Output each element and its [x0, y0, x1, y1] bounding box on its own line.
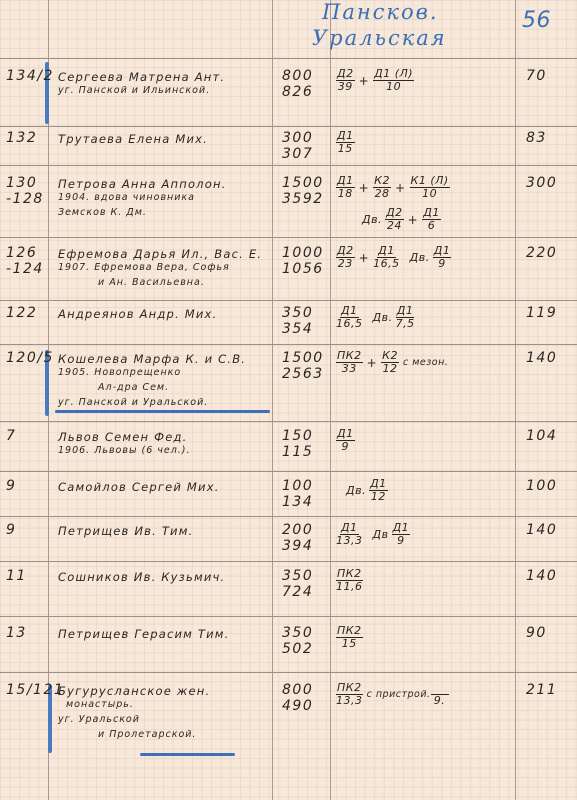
formula-fraction: 9. — [431, 682, 449, 707]
row-total: 100 — [526, 478, 557, 494]
lot-number: -124 — [6, 261, 44, 277]
owner-detail: и Ан. Васильевна. — [98, 277, 205, 288]
formula-fraction: Д115 — [336, 130, 355, 155]
lot-number: 7 — [6, 428, 16, 444]
formula-fraction: Д239 — [336, 68, 355, 93]
formula-fraction: Д16 — [422, 207, 441, 232]
lot-number: 11 — [6, 568, 27, 584]
owner-name: Кошелева Марфа К. и С.В. — [58, 352, 246, 366]
lot-number: 130 — [6, 175, 37, 191]
fraction-denominator: 12 — [383, 363, 398, 375]
formula-note: с мезон. — [403, 357, 448, 368]
fraction-denominator: 39 — [338, 81, 353, 93]
building-formula: Д113,3ДвД19 — [336, 522, 410, 547]
building-formula: Д115 — [336, 130, 355, 155]
fraction-denominator: 18 — [338, 188, 353, 200]
street-name-line2: Уральская — [312, 26, 447, 50]
fraction-denominator: 13,3 — [336, 695, 363, 707]
value-assessed: 1000 — [282, 245, 324, 261]
formula-prefix: Дв. — [373, 311, 393, 324]
fraction-denominator: 16,5 — [336, 318, 363, 330]
lot-number: 9 — [6, 478, 16, 494]
owner-detail: монастырь. — [66, 699, 134, 710]
value-area: 724 — [282, 584, 313, 600]
building-formula: ПК233+К212с мезон. — [336, 350, 448, 375]
building-formula: ПК211,6 — [336, 568, 363, 593]
ledger-page: Пансков. Уральская 56 134/2Сергеева Матр… — [0, 0, 577, 800]
formula-fraction: ПК215 — [336, 625, 363, 650]
value-assessed: 1500 — [282, 175, 324, 191]
fraction-denominator: 15 — [342, 638, 357, 650]
building-formula: Д116,5Дв.Д17,5 — [336, 305, 415, 330]
formula-prefix: Дв. — [410, 251, 430, 264]
row-rule — [0, 421, 577, 422]
row-rule — [0, 561, 577, 562]
column-rule — [272, 0, 273, 800]
fraction-denominator: 24 — [387, 220, 402, 232]
street-name-line1: Пансков. — [322, 0, 439, 24]
value-assessed: 300 — [282, 130, 313, 146]
owner-detail: и Пролетарской. — [98, 729, 196, 740]
formula-fraction: К228 — [373, 175, 391, 200]
owner-name: Ефремова Дарья Ил., Вас. Е. — [58, 247, 262, 261]
row-total: 70 — [526, 68, 547, 84]
formula-note: с пристрой. — [367, 689, 431, 700]
owner-name: Петрищев Ив. Тим. — [58, 524, 193, 538]
value-assessed: 800 — [282, 682, 313, 698]
lot-number: 120/5 — [6, 350, 54, 366]
value-assessed: 350 — [282, 568, 313, 584]
lot-number: 126 — [6, 245, 37, 261]
fraction-denominator: 33 — [342, 363, 357, 375]
owner-detail: Ал-дра Сем. — [98, 382, 169, 393]
row-total: 119 — [526, 305, 557, 321]
owner-detail: 1904. вдова чиновника — [58, 192, 195, 203]
formula-fraction: ПК213,3 — [336, 682, 363, 707]
fraction-denominator: 6 — [428, 220, 436, 232]
formula-fraction: Д19 — [336, 428, 355, 453]
row-rule — [0, 672, 577, 673]
row-total: 140 — [526, 568, 557, 584]
value-assessed: 100 — [282, 478, 313, 494]
fraction-denominator: 10 — [422, 188, 437, 200]
building-formula: Д118+К228+К1 (Л)10 — [336, 175, 450, 200]
owner-detail: 1906. Львовы (6 чел.). — [58, 445, 191, 456]
owner-name: Трутаева Елена Мих. — [58, 132, 208, 146]
row-rule — [0, 344, 577, 345]
row-total: 211 — [526, 682, 557, 698]
owner-name: Сергеева Матрена Ант. — [58, 70, 225, 84]
address-underline — [55, 410, 270, 413]
formula-fraction: Д19 — [392, 522, 411, 547]
formula-prefix: Дв. — [362, 213, 382, 226]
formula-fraction: Д17,5 — [396, 305, 415, 330]
fraction-denominator: 23 — [338, 258, 353, 270]
row-total: 300 — [526, 175, 557, 191]
value-area: 490 — [282, 698, 313, 714]
owner-name: Петрищев Герасим Тим. — [58, 627, 230, 641]
value-area: 3592 — [282, 191, 324, 207]
formula-fraction: Д116,5 — [336, 305, 363, 330]
fraction-denominator: 9 — [438, 258, 446, 270]
fraction-denominator: 15 — [338, 143, 353, 155]
formula-operator: + — [359, 74, 370, 88]
row-total: 104 — [526, 428, 557, 444]
fraction-denominator: 11,6 — [336, 581, 363, 593]
owner-name: Самойлов Сергей Мих. — [58, 480, 220, 494]
owner-name: Петрова Анна Апполон. — [58, 177, 227, 191]
formula-operator: + — [408, 213, 419, 227]
row-total: 83 — [526, 130, 547, 146]
fraction-denominator: 13,3 — [336, 535, 363, 547]
formula-fraction: Д118 — [336, 175, 355, 200]
value-assessed: 200 — [282, 522, 313, 538]
formula-operator: + — [359, 181, 370, 195]
owner-detail: уг. Панской и Ильинской. — [58, 85, 210, 96]
row-rule — [0, 300, 577, 301]
owner-detail: уг. Уральской — [58, 714, 140, 725]
value-area: 826 — [282, 84, 313, 100]
row-rule — [0, 126, 577, 127]
formula-fraction: Д113,3 — [336, 522, 363, 547]
value-assessed: 800 — [282, 68, 313, 84]
value-area: 134 — [282, 494, 313, 510]
formula-fraction: Д116,5 — [373, 245, 400, 270]
fraction-denominator: 7,5 — [396, 318, 415, 330]
owner-name: Сошников Ив. Кузьмич. — [58, 570, 225, 584]
formula-prefix: Дв. — [346, 484, 366, 497]
owner-detail: 1907. Ефремова Вера, Софья — [58, 262, 230, 273]
formula-fraction: ПК233 — [336, 350, 363, 375]
row-rule — [0, 471, 577, 472]
value-assessed: 350 — [282, 625, 313, 641]
building-formula: ПК213,3с пристрой. 9. — [336, 682, 449, 707]
value-area: 354 — [282, 321, 313, 337]
lot-number: 9 — [6, 522, 16, 538]
owner-name: Андреянов Андр. Мих. — [58, 307, 217, 321]
lot-number: 134/2 — [6, 68, 54, 84]
owner-detail: уг. Панской и Уральской. — [58, 397, 208, 408]
formula-fraction: К212 — [381, 350, 399, 375]
formula-fraction: Д224 — [385, 207, 404, 232]
value-area: 394 — [282, 538, 313, 554]
building-formula: Д19 — [336, 428, 355, 453]
fraction-denominator: 16,5 — [373, 258, 400, 270]
page-number: 56 — [522, 8, 551, 33]
owner-detail: Земсков К. Дм. — [58, 207, 147, 218]
formula-fraction: К1 (Л)10 — [410, 175, 450, 200]
formula-operator: + — [367, 356, 378, 370]
row-total: 90 — [526, 625, 547, 641]
fraction-denominator: 12 — [371, 491, 386, 503]
value-area: 2563 — [282, 366, 324, 382]
building-formula: ПК215 — [336, 625, 363, 650]
value-area: 502 — [282, 641, 313, 657]
formula-operator: + — [359, 251, 370, 265]
formula-prefix: Дв — [373, 528, 389, 541]
row-rule — [0, 616, 577, 617]
value-area: 1056 — [282, 261, 324, 277]
value-assessed: 150 — [282, 428, 313, 444]
value-area: 307 — [282, 146, 313, 162]
fraction-denominator: 9 — [397, 535, 405, 547]
formula-fraction: Д112 — [369, 478, 388, 503]
value-area: 115 — [282, 444, 313, 460]
lot-number: 15/121 — [6, 682, 64, 698]
column-rule — [330, 0, 331, 800]
owner-detail: 1905. Новопрещенко — [58, 367, 181, 378]
row-total: 220 — [526, 245, 557, 261]
row-total: 140 — [526, 522, 557, 538]
formula-fraction: ПК211,6 — [336, 568, 363, 593]
value-assessed: 350 — [282, 305, 313, 321]
lot-number: 122 — [6, 305, 37, 321]
fraction-denominator: 10 — [386, 81, 401, 93]
building-formula: Д239+Д1 (Л)10 — [336, 68, 414, 93]
building-formula-secondary: Дв.Д224+Д16 — [352, 207, 441, 232]
column-rule — [515, 0, 516, 800]
row-rule — [0, 58, 577, 59]
fraction-denominator: 28 — [375, 188, 390, 200]
fraction-denominator: 9. — [434, 695, 446, 707]
fraction-denominator: 9 — [342, 441, 350, 453]
address-underline — [140, 753, 235, 756]
row-rule — [0, 237, 577, 238]
lot-number: 13 — [6, 625, 27, 641]
row-rule — [0, 516, 577, 517]
value-assessed: 1500 — [282, 350, 324, 366]
formula-fraction: Д1 (Л)10 — [373, 68, 414, 93]
building-formula: Д223+Д116,5Дв.Д19 — [336, 245, 451, 270]
formula-operator: + — [395, 181, 406, 195]
owner-name: Бугурусланское жен. — [58, 684, 210, 698]
lot-number: -128 — [6, 191, 44, 207]
lot-number: 132 — [6, 130, 37, 146]
formula-fraction: Д19 — [433, 245, 452, 270]
building-formula: Дв.Д112 — [336, 478, 388, 503]
row-total: 140 — [526, 350, 557, 366]
formula-fraction: Д223 — [336, 245, 355, 270]
owner-name: Львов Семен Фед. — [58, 430, 187, 444]
row-rule — [0, 165, 577, 166]
